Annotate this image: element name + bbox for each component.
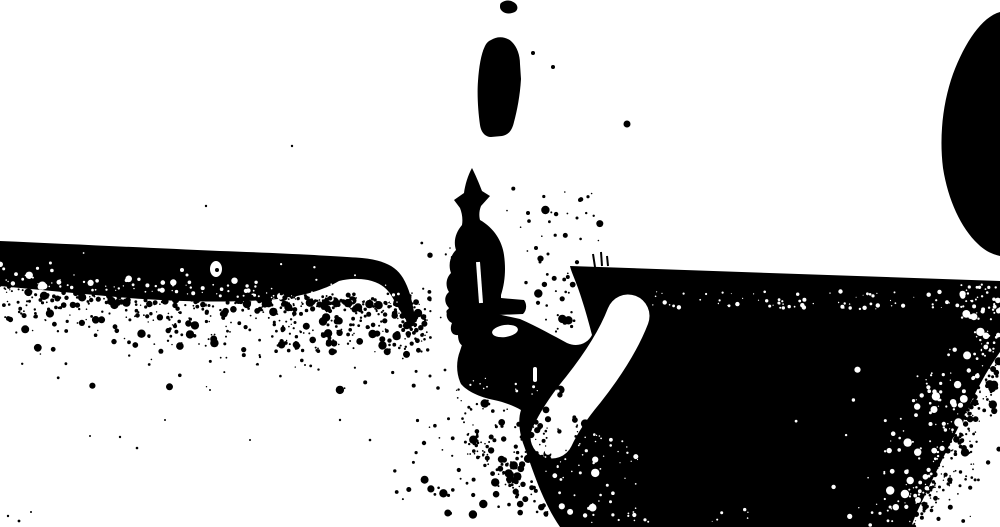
binarized-photo <box>0 0 1000 527</box>
binarized-photo-canvas <box>0 0 1000 527</box>
left-bar-fleck-a <box>180 268 184 272</box>
left-bar-hole-dot <box>215 268 219 272</box>
bottle-nub-lower <box>481 78 489 88</box>
left-bar-fleck-b <box>186 274 189 277</box>
bottle-nub-upper <box>483 48 491 56</box>
